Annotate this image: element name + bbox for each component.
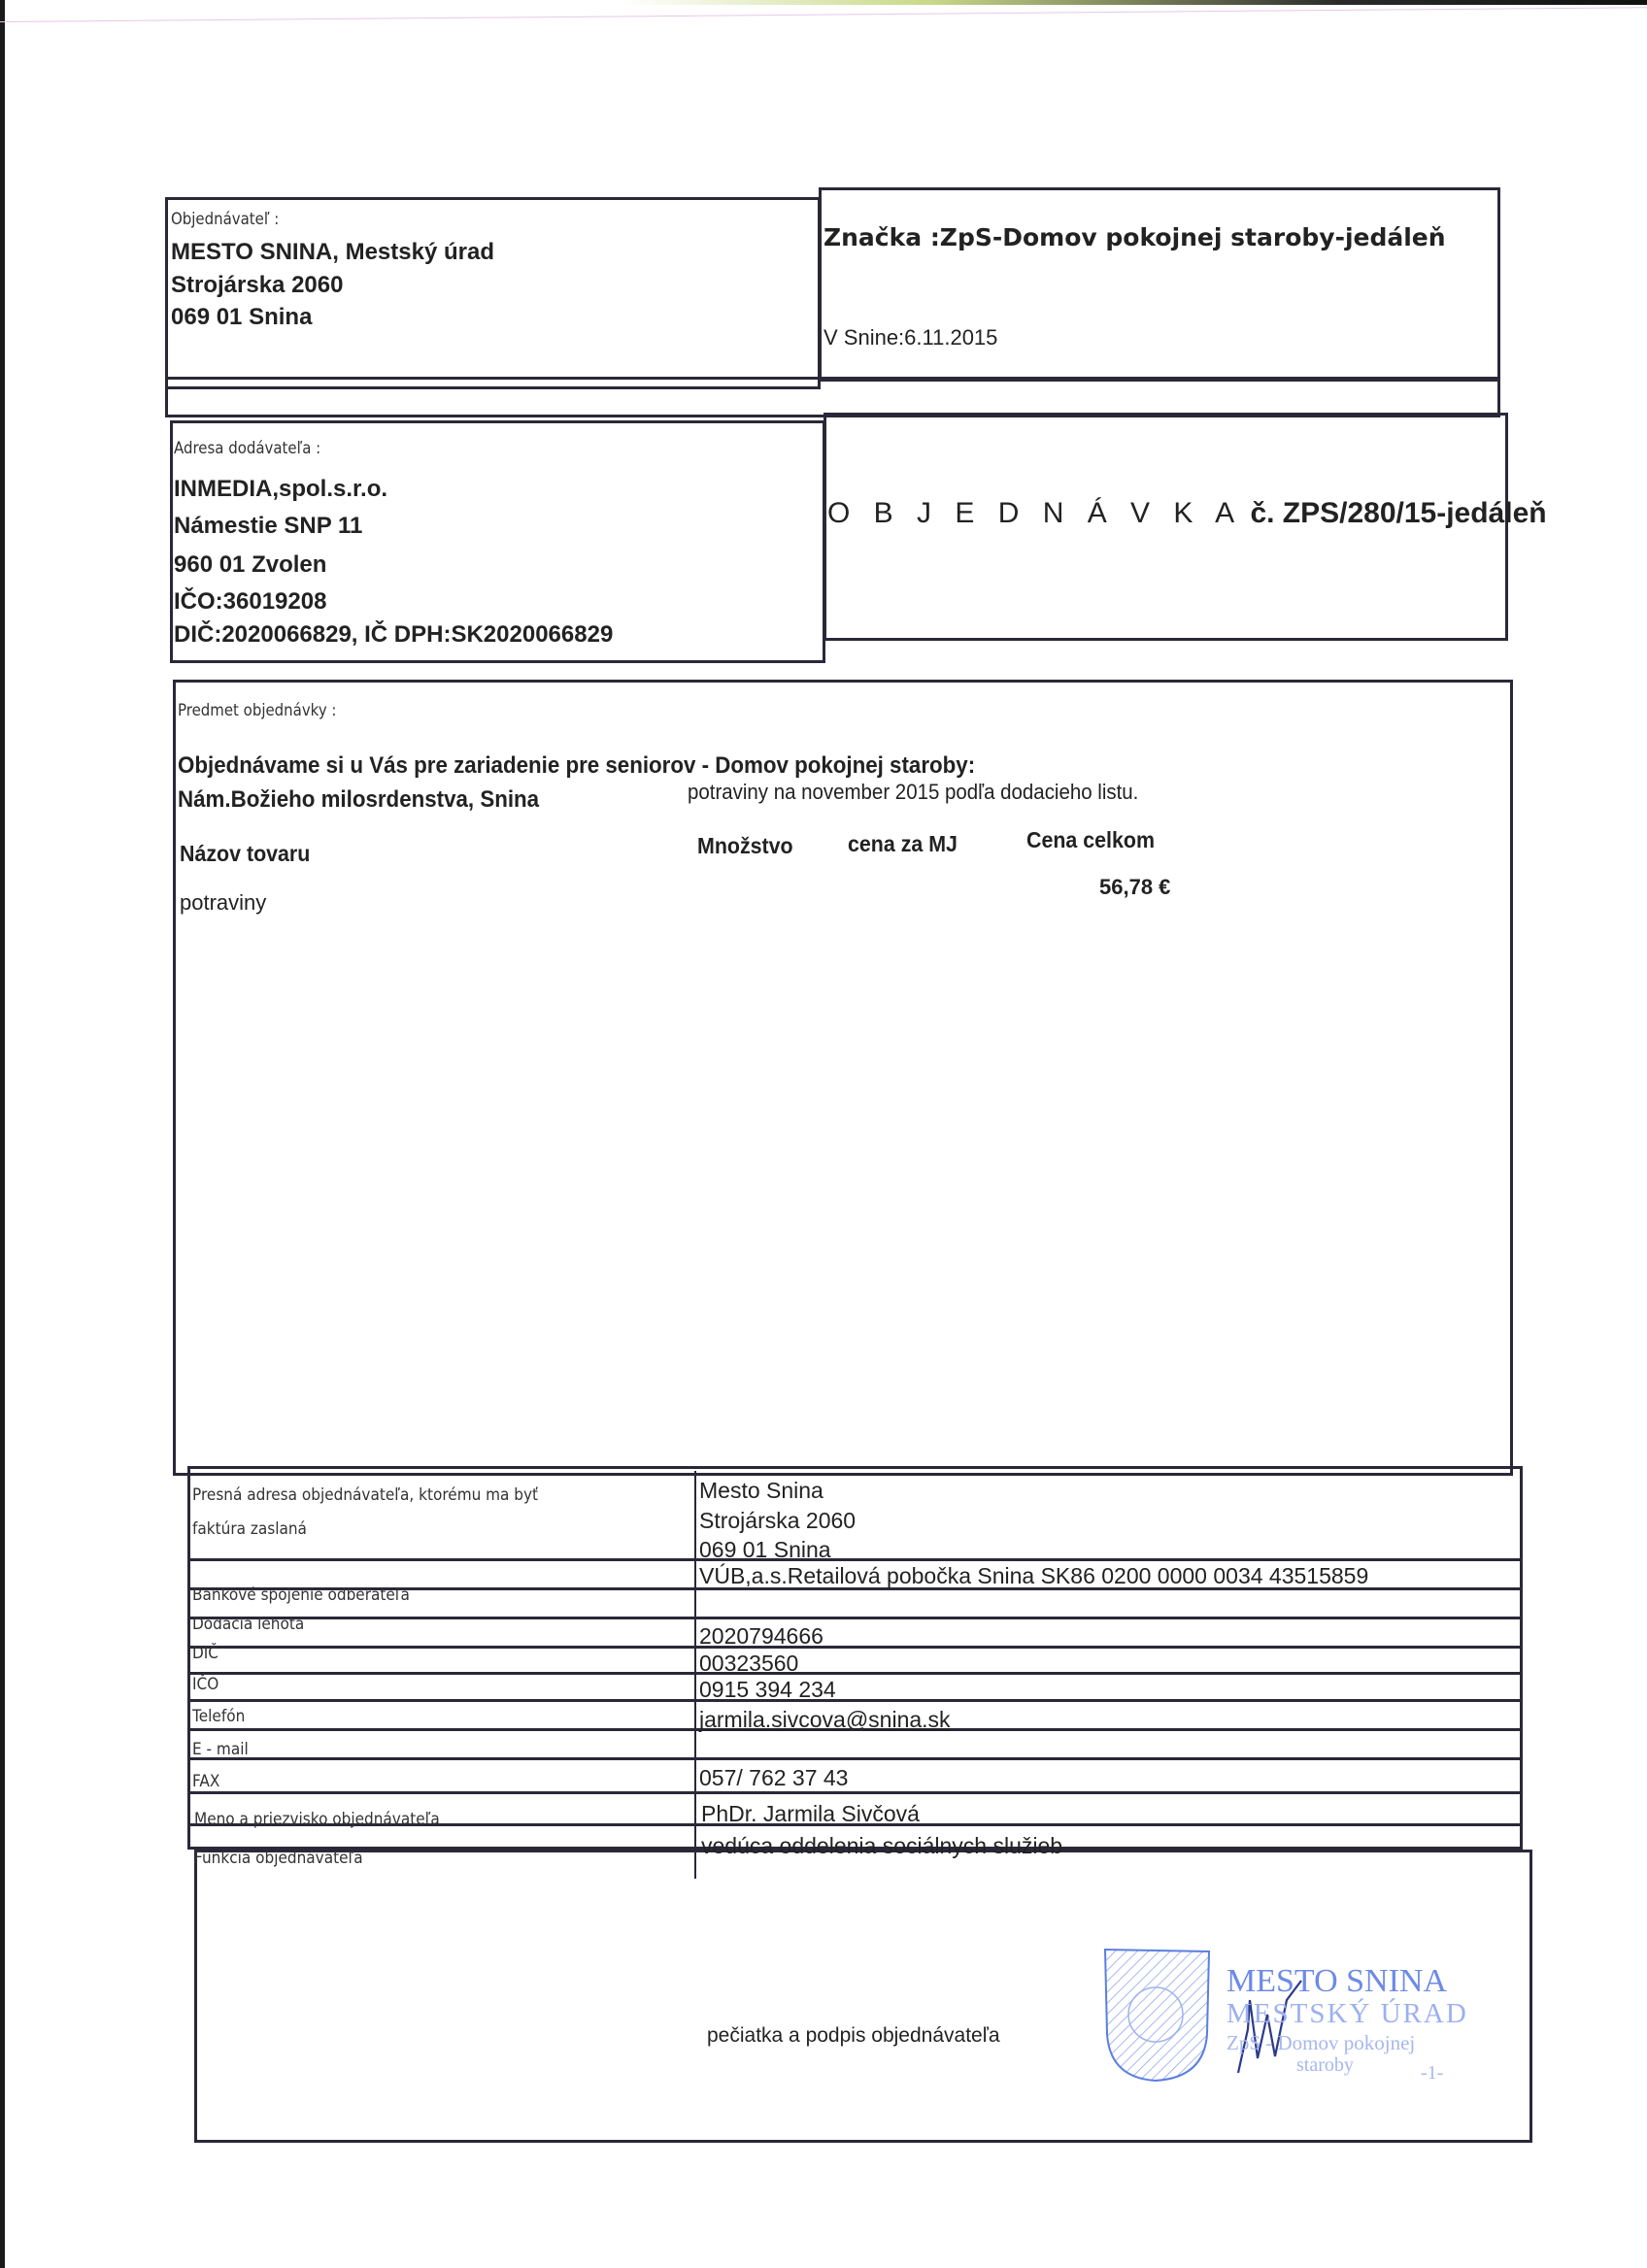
stamp-line-4: staroby: [1296, 2054, 1354, 2077]
row-value-email[interactable]: jarmila.sivcova@snina.sk: [699, 1707, 951, 1733]
item-total: 56,78 €: [1099, 875, 1170, 900]
supplier-city: 960 01 Zvolen: [174, 551, 326, 579]
stamp: MESTO SNINA MESTSKÝ ÚRAD ZpS - Domov pok…: [1102, 1942, 1471, 2087]
orderer-label: Objednávateľ :: [171, 210, 279, 229]
row-value-invoice-street: Strojárska 2060: [699, 1508, 856, 1534]
row-label-bank: Bankové spojenie odberateľa: [192, 1585, 410, 1605]
stamp-line-5: -1-: [1421, 2062, 1443, 2085]
row-value-function: vedúca oddelenia sociálnych služieb: [701, 1833, 1062, 1859]
subject-note: potraviny na november 2015 podľa dodacie…: [688, 780, 1138, 805]
supplier-dic: DIČ:2020066829, IČ DPH:SK2020066829: [174, 621, 613, 649]
row-line: [187, 1757, 1523, 1760]
order-title: O B J E D N Á V K A č. ZPS/280/15-jedále…: [827, 497, 1547, 530]
row-label-invoice-address: Presná adresa objednávateľa, ktorému ma …: [192, 1485, 538, 1505]
row-label-invoice-address-2: faktúra zaslaná: [192, 1519, 307, 1539]
subject-label: Predmet objednávky :: [178, 701, 336, 720]
row-line: [187, 1672, 1523, 1675]
supplier-name: INMEDIA,spol.s.r.o.: [174, 476, 387, 503]
row-label-email: E - mail: [192, 1740, 249, 1759]
row-line: [187, 1791, 1523, 1794]
row-line: [187, 1646, 1523, 1649]
column-item: Názov tovaru: [180, 841, 310, 867]
row-label-fax: FAX: [192, 1772, 219, 1791]
orderer-street: Strojárska 2060: [171, 272, 343, 299]
row-value-dic: 2020794666: [699, 1623, 823, 1650]
signature-label: pečiatka a podpis objednávateľa: [707, 2024, 1000, 2048]
stamp-line-3: ZpS - Domov pokojnej: [1227, 2031, 1415, 2055]
row-label-phone: Telefón: [192, 1707, 245, 1726]
supplier-ico: IČO:36019208: [174, 588, 326, 616]
stamp-line-2: MESTSKÝ ÚRAD: [1227, 1998, 1468, 2030]
scan-artifact-line: [0, 7, 1647, 22]
row-value-name: PhDr. Jarmila Sivčová: [701, 1801, 920, 1827]
order-number: č. ZPS/280/15-jedáleň: [1250, 497, 1546, 529]
row-value-fax: 057/ 762 37 43: [699, 1765, 848, 1791]
row-line: [187, 1558, 1523, 1561]
column-unit-price: cena za MJ: [848, 831, 958, 857]
row-label-function: Funkcia objednávateľa: [194, 1849, 363, 1868]
reference-date: V Snine:6.11.2015: [823, 325, 997, 350]
subject-address: Nám.Božieho milosrdenstva, Snina: [178, 786, 539, 814]
reference-box: [819, 187, 1500, 382]
row-line: [187, 1617, 1523, 1619]
row-line: [187, 1699, 1523, 1702]
stamp-line-1: MESTO SNINA: [1227, 1963, 1447, 2000]
row-label-name: Meno a priezvisko objednávateľa: [194, 1810, 440, 1829]
column-quantity: Množstvo: [697, 833, 793, 859]
row-value-bank: VÚB,a.s.Retailová pobočka Snina SK86 020…: [699, 1563, 1368, 1589]
supplier-street: Námestie SNP 11: [174, 513, 362, 540]
row-label-delivery: Dodacia lehota: [192, 1615, 304, 1634]
row-value-invoice-city: 069 01 Snina: [699, 1537, 831, 1563]
supplier-label: Adresa dodávateľa :: [174, 439, 320, 458]
details-divider: [694, 1471, 696, 1879]
row-value-ico: 00323560: [699, 1651, 798, 1677]
item-name: potraviny: [180, 890, 266, 916]
row-label-dic: DIČ: [192, 1644, 218, 1663]
scan-edge-top: [622, 0, 1647, 5]
orderer-city: 069 01 Snina: [171, 304, 312, 331]
row-value-invoice-name: Mesto Snina: [699, 1478, 823, 1504]
order-title-word: O B J E D N Á V K A: [827, 497, 1242, 529]
subject-line1: Objednávame si u Vás pre zariadenie pre …: [178, 752, 975, 780]
column-total: Cena celkom: [1026, 827, 1155, 853]
scan-edge: [0, 0, 5, 2268]
orderer-name: MESTO SNINA, Mestský úrad: [171, 239, 494, 266]
row-label-ico: IČO: [192, 1675, 218, 1694]
spacer-row: [165, 377, 1500, 417]
reference-mark: Značka :ZpS-Domov pokojnej staroby-jedál…: [823, 223, 1446, 251]
row-value-phone: 0915 394 234: [699, 1677, 836, 1703]
